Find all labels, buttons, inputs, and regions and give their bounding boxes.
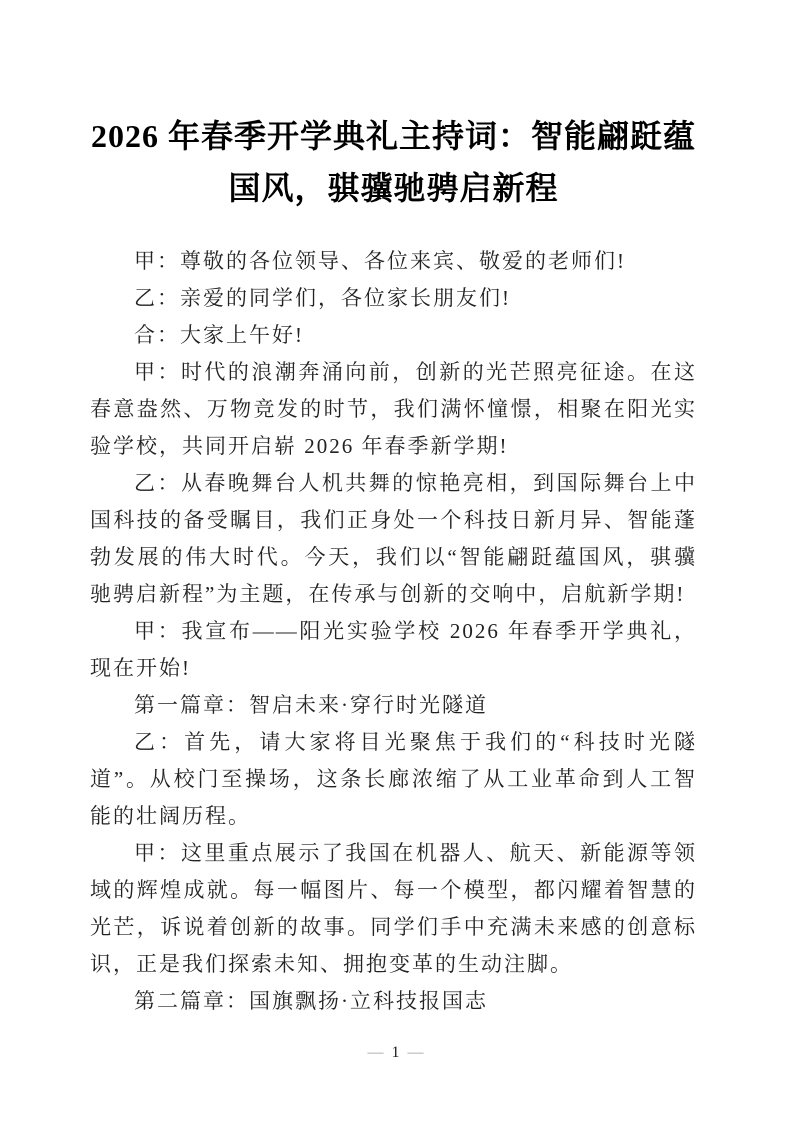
paragraph-greeting-a: 甲：尊敬的各位领导、各位来宾、敬爱的老师们! <box>90 243 697 280</box>
paragraph-greeting-joint: 合：大家上午好! <box>90 317 697 354</box>
chapter-one-heading: 第一篇章：智启未来·穿行时光隧道 <box>90 687 697 724</box>
document-title-line2: 国风，骐骥驰骋启新程 <box>228 170 558 206</box>
page-number: 1 <box>392 1044 402 1061</box>
chapter-two-heading: 第二篇章：国旗飘扬·立科技报国志 <box>90 983 697 1020</box>
paragraph-time-tunnel: 乙：首先，请大家将目光聚焦于我们的“科技时光隧道”。从校门至操场，这条长廊浓缩了… <box>90 724 697 835</box>
paragraph-greeting-b: 乙：亲爱的同学们，各位家长朋友们! <box>90 280 697 317</box>
paragraph-achievements: 甲：这里重点展示了我国在机器人、航天、新能源等领域的辉煌成就。每一幅图片、每一个… <box>90 835 697 983</box>
page-footer: —1— <box>0 1044 793 1062</box>
paragraph-ceremony-declaration: 甲：我宣布——阳光实验学校 2026 年春季开学典礼，现在开始! <box>90 613 697 687</box>
document-body: 甲：尊敬的各位领导、各位来宾、敬爱的老师们! 乙：亲爱的同学们，各位家长朋友们!… <box>90 243 697 1020</box>
document-title-line1: 2026 年春季开学典礼主持词：智能翩跹蕴 <box>91 118 696 154</box>
document-page: 2026 年春季开学典礼主持词：智能翩跹蕴 国风，骐骥驰骋启新程 甲：尊敬的各位… <box>0 0 793 1122</box>
paragraph-theme-intro: 乙：从春晚舞台人机共舞的惊艳亮相，到国际舞台上中国科技的备受瞩目，我们正身处一个… <box>90 465 697 613</box>
document-title: 2026 年春季开学典礼主持词：智能翩跹蕴 国风，骐骥驰骋启新程 <box>90 110 697 214</box>
footer-dash-right: — <box>402 1044 432 1061</box>
paragraph-opening-remarks: 甲：时代的浪潮奔涌向前，创新的光芒照亮征途。在这春意盎然、万物竞发的时节，我们满… <box>90 354 697 465</box>
footer-dash-left: — <box>362 1044 392 1061</box>
